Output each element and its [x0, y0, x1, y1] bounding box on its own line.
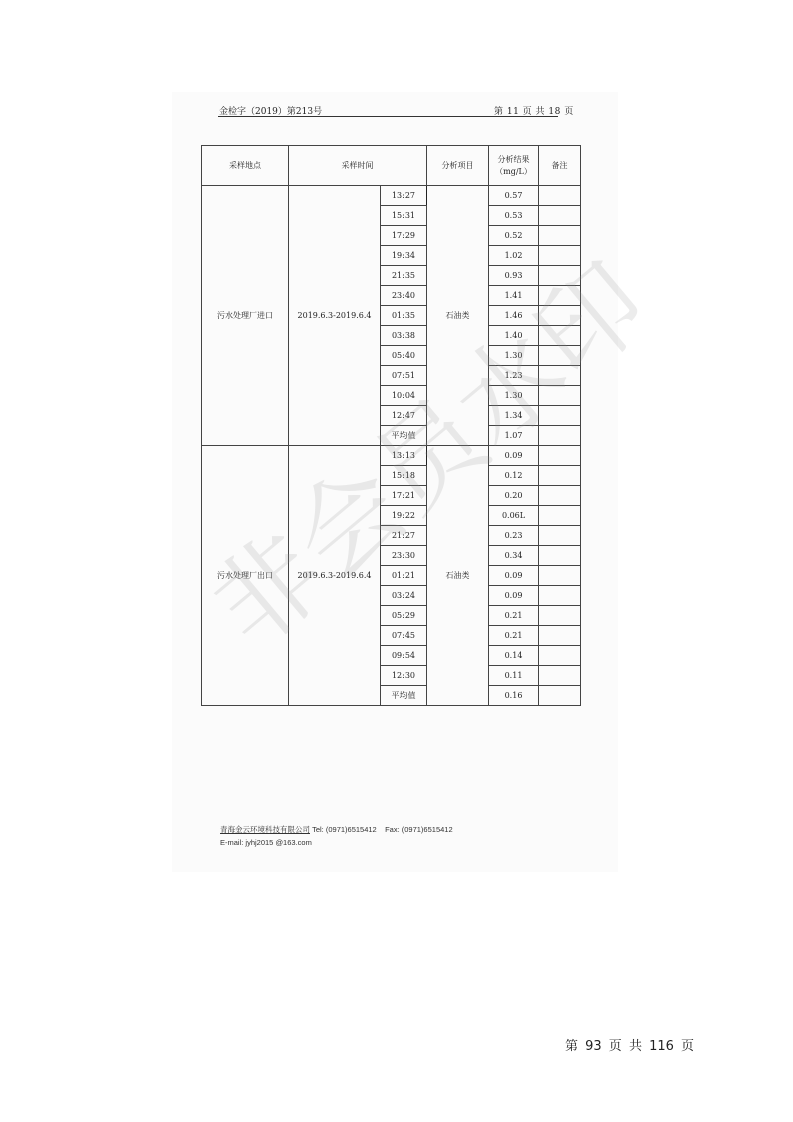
remark-cell [539, 206, 581, 226]
remark-cell [539, 666, 581, 686]
sample-time-cell: 19:22 [381, 506, 427, 526]
remark-cell [539, 586, 581, 606]
remark-cell [539, 346, 581, 366]
remark-cell [539, 606, 581, 626]
result-cell: 0.52 [489, 226, 539, 246]
result-cell: 0.09 [489, 446, 539, 466]
location-cell: 污水处理厂进口 [202, 186, 289, 446]
analysis-item-cell: 石油类 [427, 446, 489, 706]
sample-time-cell: 23:30 [381, 546, 427, 566]
header-divider [218, 116, 558, 117]
remark-cell [539, 286, 581, 306]
remark-cell [539, 426, 581, 446]
sample-time-cell: 03:24 [381, 586, 427, 606]
date-range-cell: 2019.6.3-2019.6.4 [289, 186, 381, 446]
sample-time-cell: 12:30 [381, 666, 427, 686]
remark-cell [539, 526, 581, 546]
table-header-row: 采样地点 采样时间 分析项目 分析结果（mg/L） 备注 [202, 146, 581, 186]
sample-time-cell: 23:40 [381, 286, 427, 306]
table-row: 污水处理厂出口2019.6.3-2019.6.413:13石油类0.09 [202, 446, 581, 466]
result-cell: 1.34 [489, 406, 539, 426]
result-cell: 0.09 [489, 566, 539, 586]
sample-time-cell: 09:54 [381, 646, 427, 666]
remark-cell [539, 386, 581, 406]
company-tel: Tel: (0971)6515412 [312, 825, 377, 834]
remark-cell [539, 326, 581, 346]
result-cell: 1.07 [489, 426, 539, 446]
sample-time-cell: 13:13 [381, 446, 427, 466]
company-fax: Fax: (0971)6515412 [385, 825, 453, 834]
sample-time-cell: 21:35 [381, 266, 427, 286]
sample-time-cell: 01:21 [381, 566, 427, 586]
analysis-item-cell: 石油类 [427, 186, 489, 446]
results-table: 采样地点 采样时间 分析项目 分析结果（mg/L） 备注 污水处理厂进口2019… [201, 145, 581, 706]
header-item: 分析项目 [427, 146, 489, 186]
remark-cell [539, 626, 581, 646]
remark-cell [539, 486, 581, 506]
sample-time-cell: 05:29 [381, 606, 427, 626]
header-location: 采样地点 [202, 146, 289, 186]
result-cell: 0.34 [489, 546, 539, 566]
remark-cell [539, 506, 581, 526]
sample-time-cell: 15:31 [381, 206, 427, 226]
result-cell: 1.46 [489, 306, 539, 326]
result-cell: 0.16 [489, 686, 539, 706]
remark-cell [539, 546, 581, 566]
remark-cell [539, 686, 581, 706]
result-cell: 0.93 [489, 266, 539, 286]
remark-cell [539, 466, 581, 486]
sample-time-cell: 12:47 [381, 406, 427, 426]
sample-time-cell: 17:21 [381, 486, 427, 506]
sample-time-cell: 15:18 [381, 466, 427, 486]
remark-cell [539, 226, 581, 246]
date-range-cell: 2019.6.3-2019.6.4 [289, 446, 381, 706]
header-result: 分析结果（mg/L） [489, 146, 539, 186]
company-footer: 青海金云环境科技有限公司 Tel: (0971)6515412 Fax: (09… [220, 823, 453, 849]
result-cell: 0.53 [489, 206, 539, 226]
result-cell: 0.20 [489, 486, 539, 506]
result-cell: 0.57 [489, 186, 539, 206]
result-cell: 0.21 [489, 626, 539, 646]
remark-cell [539, 406, 581, 426]
sample-time-cell: 03:38 [381, 326, 427, 346]
sample-time-cell: 05:40 [381, 346, 427, 366]
company-email: E-mail: jyhj2015 @163.com [220, 836, 453, 849]
result-cell: 1.23 [489, 366, 539, 386]
header-time: 采样时间 [289, 146, 427, 186]
result-cell: 0.12 [489, 466, 539, 486]
remark-cell [539, 446, 581, 466]
sample-time-cell: 07:51 [381, 366, 427, 386]
table-row: 污水处理厂进口2019.6.3-2019.6.413:27石油类0.57 [202, 186, 581, 206]
result-cell: 1.41 [489, 286, 539, 306]
company-name: 青海金云环境科技有限公司 [220, 825, 310, 834]
remark-cell [539, 186, 581, 206]
sample-time-cell: 19:34 [381, 246, 427, 266]
result-cell: 0.14 [489, 646, 539, 666]
result-cell: 0.21 [489, 606, 539, 626]
sample-time-cell: 17:29 [381, 226, 427, 246]
sample-time-cell: 07:45 [381, 626, 427, 646]
location-cell: 污水处理厂出口 [202, 446, 289, 706]
remark-cell [539, 246, 581, 266]
sample-time-cell: 13:27 [381, 186, 427, 206]
sample-time-cell: 平均值 [381, 686, 427, 706]
remark-cell [539, 266, 581, 286]
result-cell: 1.30 [489, 346, 539, 366]
result-cell: 1.30 [489, 386, 539, 406]
result-cell: 1.02 [489, 246, 539, 266]
remark-cell [539, 306, 581, 326]
remark-cell [539, 646, 581, 666]
header-remark: 备注 [539, 146, 581, 186]
result-cell: 0.23 [489, 526, 539, 546]
sample-time-cell: 平均值 [381, 426, 427, 446]
sample-time-cell: 01:35 [381, 306, 427, 326]
result-cell: 0.09 [489, 586, 539, 606]
remark-cell [539, 366, 581, 386]
page-number: 第 93 页 共 116 页 [565, 1035, 694, 1054]
sample-time-cell: 10:04 [381, 386, 427, 406]
remark-cell [539, 566, 581, 586]
result-cell: 1.40 [489, 326, 539, 346]
result-cell: 0.11 [489, 666, 539, 686]
result-cell: 0.06L [489, 506, 539, 526]
sample-time-cell: 21:27 [381, 526, 427, 546]
